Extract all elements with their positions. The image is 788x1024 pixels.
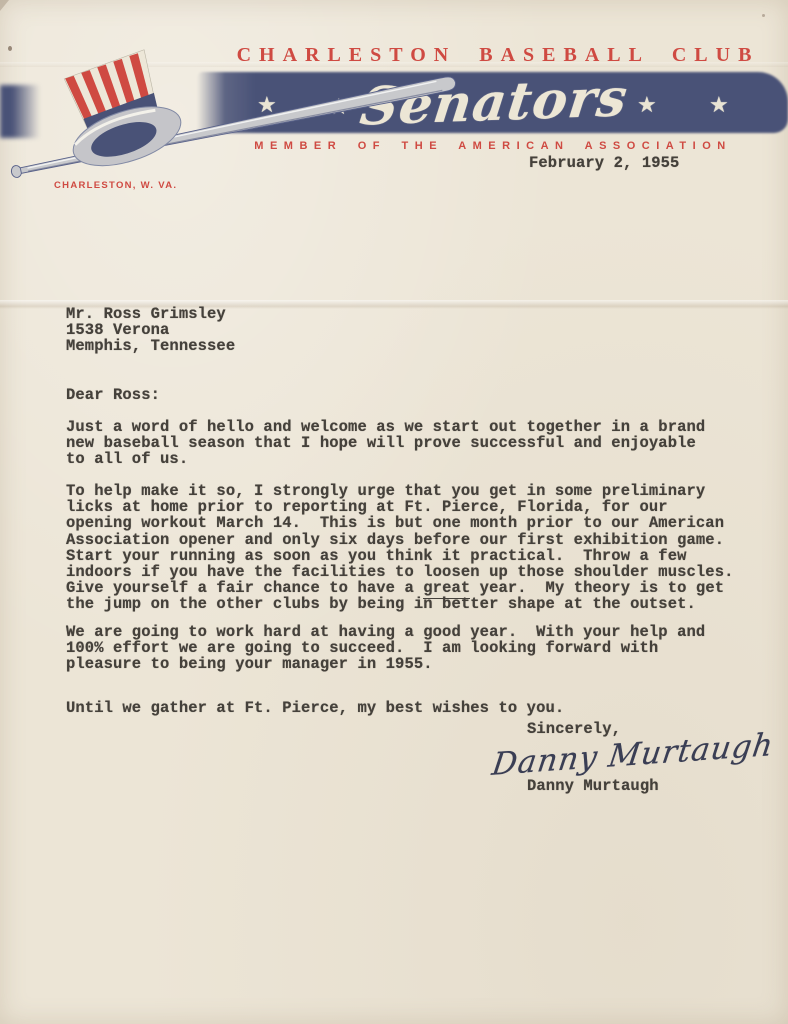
salutation: Dear Ross:: [66, 387, 160, 403]
hat-and-bat-logo: ★ ★ ★: [0, 40, 470, 200]
paper-speck: [762, 14, 765, 17]
city-line: CHARLESTON, W. VA.: [54, 180, 177, 191]
signature-typed: Danny Murtaugh: [527, 778, 659, 794]
paragraph-2: To help make it so, I strongly urge that…: [66, 483, 734, 613]
date-line: February 2, 1955: [529, 155, 679, 171]
closing: Sincerely,: [527, 721, 621, 737]
letter-document: CHARLESTON BASEBALL CLUB ★ ★ ★ ★ Senator…: [0, 0, 788, 1024]
recipient-address: Mr. Ross Grimsley 1538 Verona Memphis, T…: [66, 306, 235, 355]
paragraph-3: We are going to work hard at having a go…: [66, 624, 705, 673]
star-icon: ★: [709, 94, 729, 116]
corner-wear: [0, 0, 9, 11]
star-icon: ★: [637, 94, 657, 116]
paragraph-4: Until we gather at Ft. Pierce, my best w…: [66, 700, 564, 716]
paragraph-1: Just a word of hello and welcome as we s…: [66, 419, 705, 468]
